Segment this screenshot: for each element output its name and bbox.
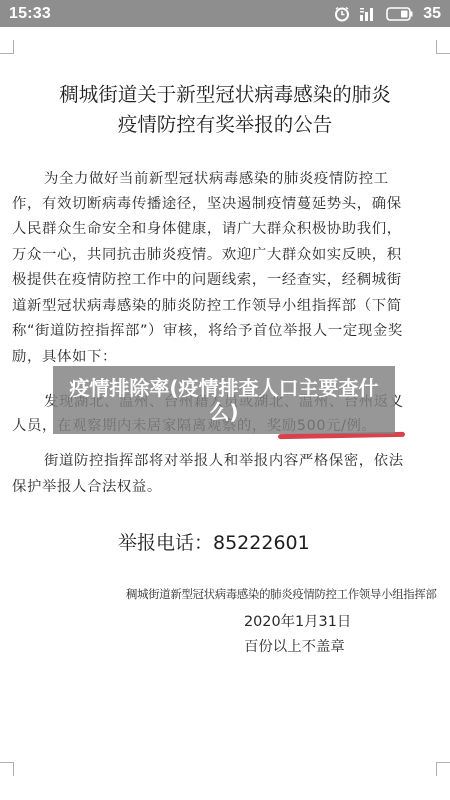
signature-organization: 稠城街道新型冠状病毒感染的肺炎疫情防控工作领导小组指挥部	[126, 585, 437, 603]
report-hotline: 举报电话：85222601	[118, 530, 310, 556]
body-paragraph-line: 为全力做好当前新型冠状病毒感染的肺炎疫情防控工	[44, 167, 450, 191]
body-paragraph-line: 保护举报人合法权益。	[12, 475, 442, 499]
body-paragraph-line: 道新型冠状病毒感染的肺炎防控工作领导小组指挥部（下简	[12, 294, 442, 318]
battery-icon	[386, 7, 414, 21]
body-paragraph-line: 万众一心，共同抗击肺炎疫情。欢迎广大群众如实反映，积	[12, 243, 442, 267]
page-corner-mark	[0, 762, 14, 776]
status-icons: 35	[334, 5, 441, 23]
signal-icon	[359, 6, 377, 22]
body-paragraph-line: 街道防控指挥部将对举报人和举报内容严格保密，依法	[44, 449, 450, 473]
signature-date: 2020年1月31日	[244, 611, 351, 633]
battery-level: 35	[423, 5, 441, 23]
body-paragraph-line: 极提供在疫情防控工作中的问题线索，一经查实，经稠城街	[12, 268, 442, 292]
page-corner-mark	[436, 40, 450, 54]
caption-overlay: 疫情排除率(疫情排查人口主要查什么)	[53, 366, 395, 434]
caption-text: 疫情排除率(疫情排查人口主要查什么)	[63, 376, 385, 424]
body-paragraph-line: 作，有效切断病毒传播途径，坚决遏制疫情蔓延势头，确保	[12, 192, 442, 216]
status-bar: 15:33 35	[0, 0, 450, 27]
document-title-line-1: 稠城街道关于新型冠状病毒感染的肺炎	[0, 80, 450, 110]
body-paragraph-line: 称“街道防控指挥部”）审核，将给予首位举报人一定现金奖	[12, 319, 442, 343]
document-title-line-2: 疫情防控有奖举报的公告	[0, 110, 450, 140]
page-corner-mark	[436, 762, 450, 776]
status-time: 15:33	[9, 5, 51, 23]
alarm-icon	[334, 6, 350, 22]
page-corner-mark	[0, 40, 14, 54]
body-paragraph-line: 人民群众生命安全和身体健康，请广大群众积极协助我们，	[12, 217, 442, 241]
signature-note: 百份以上不盖章	[244, 636, 345, 658]
